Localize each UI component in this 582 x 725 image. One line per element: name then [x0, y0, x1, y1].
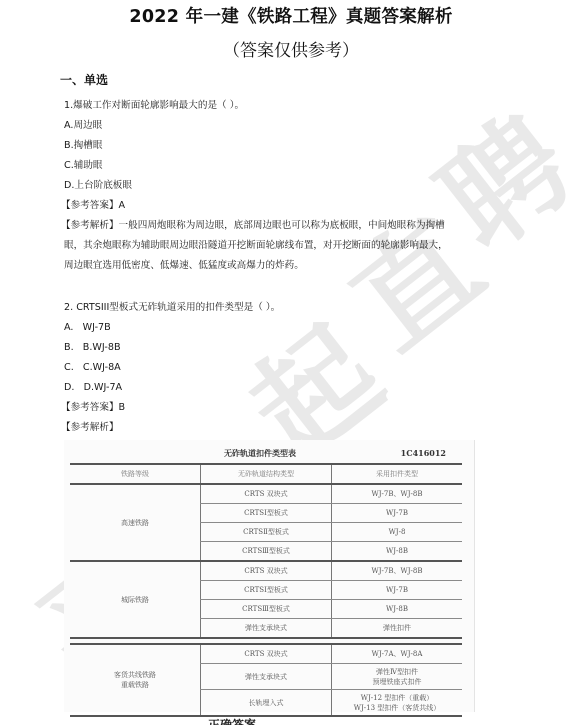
- table-cell: CRTS 双块式: [201, 484, 332, 504]
- table-title: 无砟轨道扣件类型表: [224, 448, 296, 459]
- table-row: 客货共线铁路 重载铁路 CRTS 双块式 WJ-7A、WJ-8A: [70, 644, 462, 664]
- cell-line: 预埋铁座式扣件: [332, 677, 462, 687]
- question-2-stem: 2. CRTSIII型板式无砟轨道采用的扣件类型是（ ）。: [64, 302, 280, 314]
- document-subtitle: （答案仅供参考）: [0, 36, 582, 61]
- question-2-option-d: D. D.WJ-7A: [64, 382, 122, 394]
- question-1-option-b: B.掏槽眼: [64, 140, 102, 152]
- table-cell: WJ-8B: [332, 600, 463, 619]
- table-cell: CRTS 双块式: [201, 561, 332, 581]
- question-1-stem: 1.爆破工作对断面轮廓影响最大的是（ ）。: [64, 100, 244, 112]
- question-1-option-d: D.上台阶底板眼: [64, 180, 132, 192]
- question-1-option-c: C.辅助眼: [64, 160, 103, 172]
- table-cell: CRTSⅠ型板式: [201, 581, 332, 600]
- table-cell: CRTS 双块式: [201, 644, 332, 664]
- question-1-analysis: 周边眼宜选用低密度、低爆速、低猛度或高爆力的炸药。: [64, 260, 304, 272]
- table-cell: CRTSⅡ型板式: [201, 523, 332, 542]
- table-cell-grade: 客货共线铁路 重载铁路: [70, 644, 201, 716]
- table-caption: 无砟轨道扣件类型表 1C416012: [64, 448, 474, 462]
- fastener-type-table: 铁路等级 无砟轨道结构类型 采用扣件类型 高速铁路 CRTS 双块式 WJ-7B…: [70, 463, 462, 717]
- document-title: 2022 年一建《铁路工程》真题答案解析: [0, 3, 582, 28]
- table-header: 采用扣件类型: [332, 464, 463, 484]
- table-cell: 弹性支承块式: [201, 664, 332, 690]
- table-cell: WJ-7B、WJ-8B: [332, 561, 463, 581]
- question-2-answer: 【参考答案】B: [61, 402, 125, 414]
- table-row: 城际铁路 CRTS 双块式 WJ-7B、WJ-8B: [70, 561, 462, 581]
- question-2-option-a: A. WJ-7B: [64, 322, 111, 334]
- document-page: 平 地 起 直 聘 2022 年一建《铁路工程》真题答案解析 （答案仅供参考） …: [0, 0, 582, 725]
- grade-line: 客货共线铁路: [70, 670, 200, 680]
- grade-line: 重载铁路: [70, 680, 200, 690]
- table-cell: WJ-7B: [332, 581, 463, 600]
- question-1-analysis: 【参考解析】一般四周炮眼称为周边眼，底部周边眼也可以称为底板眼，中间炮眼称为掏槽: [61, 220, 445, 232]
- table-row: 高速铁路 CRTS 双块式 WJ-7B、WJ-8B: [70, 484, 462, 504]
- fastener-type-table-image: 无砟轨道扣件类型表 1C416012 铁路等级 无砟轨道结构类型 采用扣件类型 …: [64, 440, 475, 712]
- cell-line: WJ-12 型扣件（重载）: [332, 693, 462, 703]
- cell-line: 弹性Ⅳ型扣件: [332, 667, 462, 677]
- section-heading: 一、单选: [60, 71, 108, 88]
- table-header-row: 铁路等级 无砟轨道结构类型 采用扣件类型: [70, 464, 462, 484]
- table-cell: WJ-8: [332, 523, 463, 542]
- table-cell: 弹性支承块式: [201, 619, 332, 639]
- table-cell: CRTSⅢ型板式: [201, 600, 332, 619]
- table-header: 无砟轨道结构类型: [201, 464, 332, 484]
- table-cell: CRTSⅢ型板式: [201, 542, 332, 562]
- question-2-option-c: C. C.WJ-8A: [64, 362, 121, 374]
- question-2-analysis-label: 【参考解析】: [61, 422, 119, 434]
- table-cell-grade: 高速铁路: [70, 484, 201, 561]
- table-cell-grade: 城际铁路: [70, 561, 201, 638]
- watermark-char: 直: [310, 171, 510, 380]
- question-2-option-b: B. B.WJ-8B: [64, 342, 121, 354]
- question-1-answer: 【参考答案】A: [61, 200, 125, 212]
- question-1-option-a: A.周边眼: [64, 120, 102, 132]
- table-header: 铁路等级: [70, 464, 201, 484]
- table-cell: 弹性扣件: [332, 619, 463, 639]
- table-cell: WJ-7A、WJ-8A: [332, 644, 463, 664]
- table-cell: WJ-8B: [332, 542, 463, 562]
- table-code: 1C416012: [401, 448, 446, 458]
- table-cell: CRTSⅠ型板式: [201, 504, 332, 523]
- table-cell: 长轨埋入式: [201, 690, 332, 717]
- table-cell: WJ-7B、WJ-8B: [332, 484, 463, 504]
- table-cell: 弹性Ⅳ型扣件 预埋铁座式扣件: [332, 664, 463, 690]
- table-cell: WJ-12 型扣件（重载） WJ-13 型扣件（客货共线）: [332, 690, 463, 717]
- cell-line: WJ-13 型扣件（客货共线）: [332, 703, 462, 713]
- table-cell: WJ-7B: [332, 504, 463, 523]
- cut-off-text: 正确答案: [208, 716, 256, 725]
- question-1-analysis: 眼，其余炮眼称为辅助眼周边眼沿隧道开挖断面轮廓线布置，对开挖断面的轮廓影响最大，: [64, 240, 448, 252]
